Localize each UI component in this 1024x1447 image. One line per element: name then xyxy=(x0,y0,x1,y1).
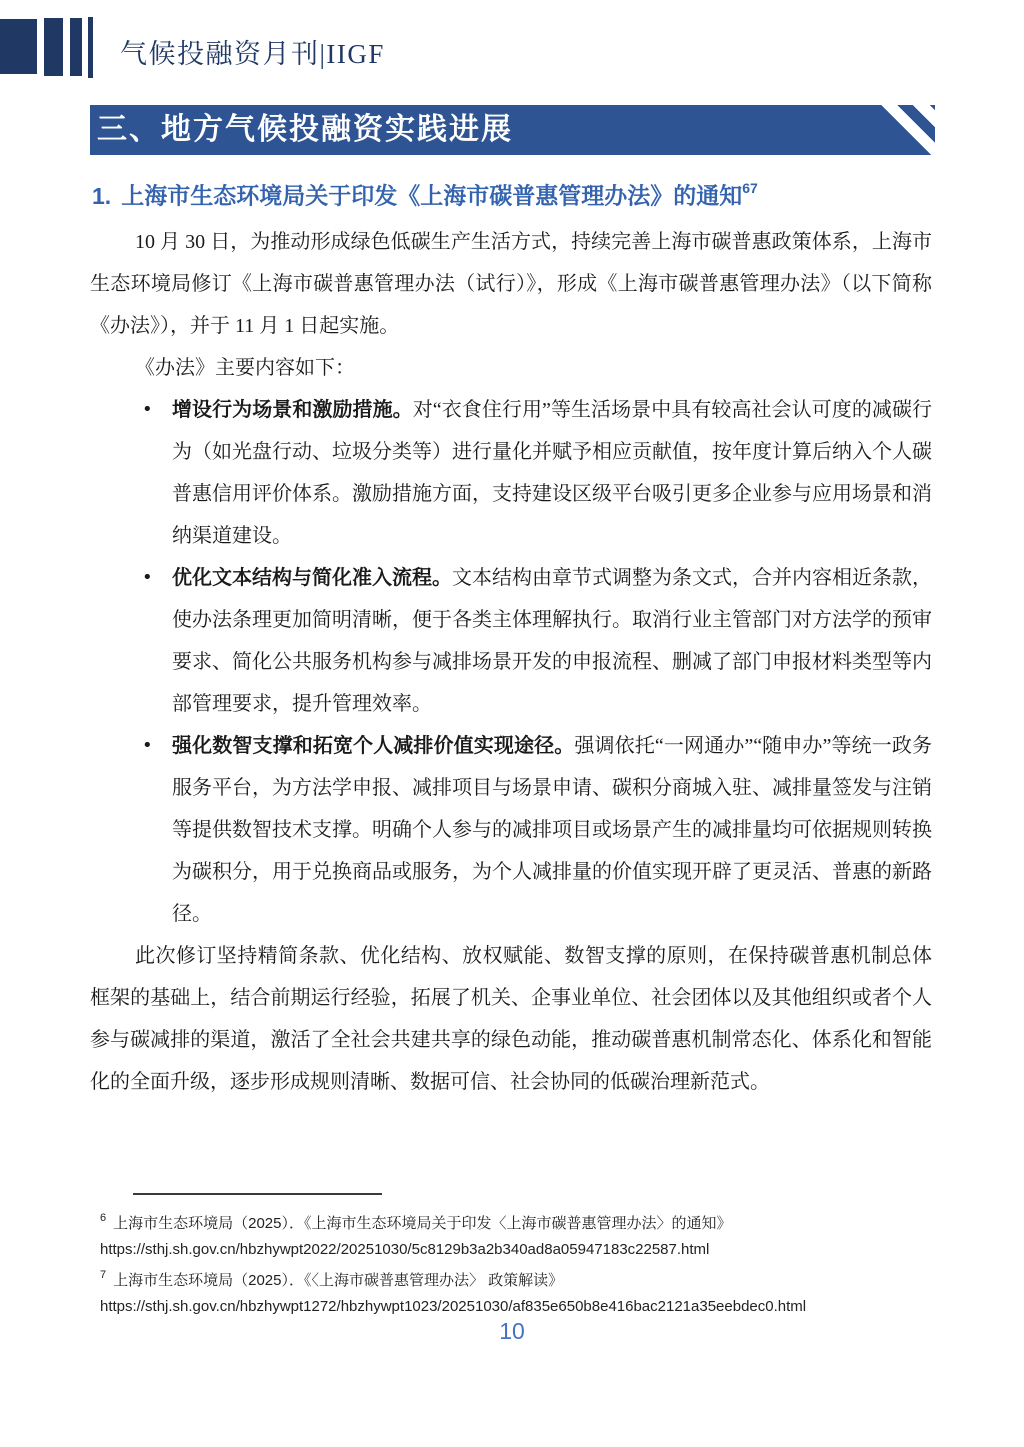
journal-logo xyxy=(0,17,95,79)
journal-title: 气候投融资月刊|IIGF xyxy=(120,32,385,71)
footnote-text: 上海市生态环境局（2025）．《〈上海市碳普惠管理办法〉 政策解读》 xyxy=(113,1272,563,1289)
logo-bar-icon xyxy=(0,19,37,74)
paragraph: 10 月 30 日，为推动形成绿色低碳生产生活方式，持续完善上海市碳普惠政策体系… xyxy=(90,221,932,347)
footnote: 7上海市生态环境局（2025）．《〈上海市碳普惠管理办法〉 政策解读》 xyxy=(100,1263,940,1294)
footnote-ref: 7 xyxy=(100,1269,106,1281)
footnotes: 6上海市生态环境局（2025）．《上海市生态环境局关于印发〈上海市碳普惠管理办法… xyxy=(100,1206,940,1320)
bullet-item: •增设行为场景和激励措施。对“衣食住行用”等生活场景中具有较高社会认可度的减碳行… xyxy=(90,389,932,557)
bullet-icon: • xyxy=(142,557,153,599)
bullet-icon: • xyxy=(142,389,153,431)
paragraph: 《办法》主要内容如下： xyxy=(90,347,932,389)
footnote-separator xyxy=(133,1193,382,1195)
bullet-lead: 优化文本结构与简化准入流程。 xyxy=(172,567,452,589)
bullet-lead: 增设行为场景和激励措施。 xyxy=(172,399,413,421)
bullet-lead: 强化数智支撑和拓宽个人减排价值实现途径。 xyxy=(172,735,574,757)
page-number: 10 xyxy=(0,1318,1024,1345)
bullet-text: 对“衣食住行用”等生活场景中具有较高社会认可度的减碳行为（如光盘行动、垃圾分类等… xyxy=(172,399,932,547)
article-body: 10 月 30 日，为推动形成绿色低碳生产生活方式，持续完善上海市碳普惠政策体系… xyxy=(90,221,932,1103)
footnote-url[interactable]: https://sthj.sh.gov.cn/hbzhywpt1272/hbzh… xyxy=(100,1294,940,1320)
bullet-icon: • xyxy=(142,725,153,767)
article-heading-number: 1. xyxy=(92,183,111,209)
bullet-item: •优化文本结构与简化准入流程。文本结构由章节式调整为条文式，合并内容相近条款，使… xyxy=(90,557,932,725)
footnote-ref: 6 xyxy=(100,1212,106,1224)
section-banner-title: 三、地方气候投融资实践进展 xyxy=(90,115,513,145)
logo-bar-icon xyxy=(70,18,82,76)
bullet-text: 文本结构由章节式调整为条文式，合并内容相近条款，使办法条理更加简明清晰，便于各类… xyxy=(172,567,932,715)
logo-bar-icon xyxy=(88,17,93,78)
footnote-text: 上海市生态环境局（2025）．《上海市生态环境局关于印发〈上海市碳普惠管理办法〉… xyxy=(113,1215,731,1232)
bullet-text: 强调依托“一网通办”“随申办”等统一政务服务平台，为方法学申报、减排项目与场景申… xyxy=(172,735,932,925)
section-banner: 三、地方气候投融资实践进展 xyxy=(90,105,935,155)
footnote-url[interactable]: https://sthj.sh.gov.cn/hbzhywpt2022/2025… xyxy=(100,1237,940,1263)
paragraph: 此次修订坚持精简条款、优化结构、放权赋能、数智支撑的原则，在保持碳普惠机制总体框… xyxy=(90,935,932,1103)
logo-bar-icon xyxy=(44,18,63,76)
bullet-item: •强化数智支撑和拓宽个人减排价值实现途径。强调依托“一网通办”“随申办”等统一政… xyxy=(90,725,932,935)
footnote: 6上海市生态环境局（2025）．《上海市生态环境局关于印发〈上海市碳普惠管理办法… xyxy=(100,1206,940,1237)
article-heading-text: 上海市生态环境局关于印发《上海市碳普惠管理办法》的通知 xyxy=(121,183,742,209)
article-heading-footnote-ref: 67 xyxy=(742,180,758,196)
article-heading: 1.上海市生态环境局关于印发《上海市碳普惠管理办法》的通知67 xyxy=(92,174,952,212)
